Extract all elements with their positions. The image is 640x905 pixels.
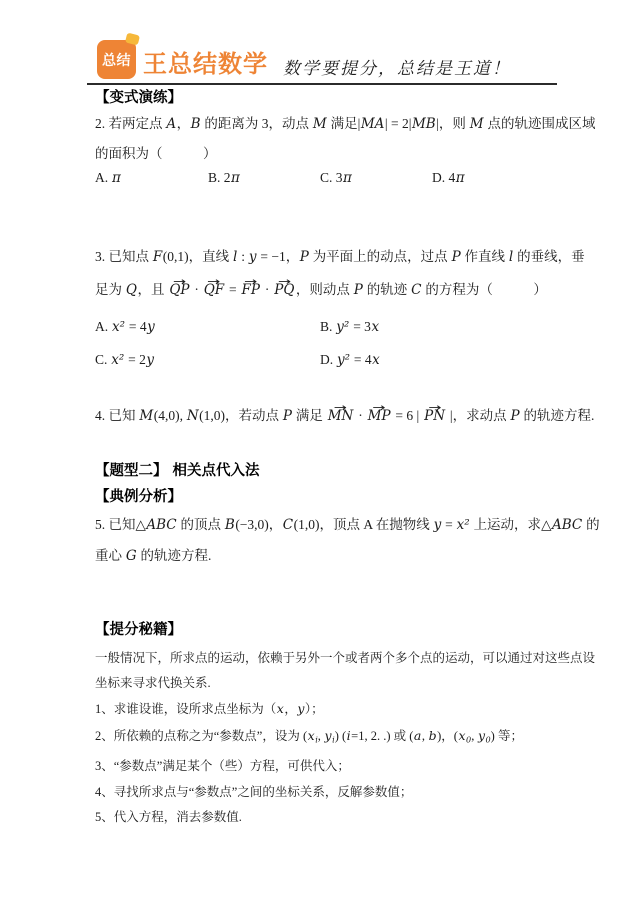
q2-option-a: A. π (95, 168, 121, 188)
section-title-score-tips: 【提分秘籍】 (95, 620, 182, 640)
brand-slogan: 数学要提分，总结是王道！ (283, 54, 511, 79)
tips-paragraph-line-2: 坐标来寻求代换关系. (95, 673, 211, 693)
q2-option-b: B. 2π (208, 168, 240, 188)
question-4-line-1: 4. 已知 M(4,0), N(1,0)，若动点 P 满足 MN · MP = … (95, 406, 594, 426)
brand-name: 王总结数学 (143, 44, 268, 79)
q3-option-d: D. y² = 4x (320, 350, 380, 370)
question-2-line-2: 的面积为（ ） (95, 144, 217, 164)
q3-option-a: A. x² = 4y (95, 317, 155, 337)
tips-item-3: 3、“参数点”满足某个（些）方程，可供代入； (95, 756, 350, 776)
worksheet-page: 总结 王总结数学 数学要提分，总结是王道！ 【变式演练】 2. 若两定点 A，B… (0, 0, 640, 905)
tips-item-1: 1、求谁设谁，设所求点坐标为（x，y）； (95, 699, 324, 719)
question-2-options: A. π B. 2π C. 3π D. 4π (95, 168, 555, 188)
q2-option-d: D. 4π (432, 168, 465, 188)
question-5-line-2: 重心 G 的轨迹方程. (95, 546, 211, 566)
q2-option-c: C. 3π (320, 168, 352, 188)
logo-tab-icon (125, 33, 140, 46)
tips-paragraph-line-1: 一般情况下，所求点的运动，依赖于另外一个或者两个多个点的运动，可以通过对这些点设 (95, 648, 595, 668)
question-3-line-1: 3. 已知点 F(0,1)，直线 l : y = −1，P 为平面上的动点，过点… (95, 247, 585, 267)
tips-item-2: 2、所依赖的点称之为“参数点”，设为 (xi, yi) (i=1, 2. .) … (95, 726, 523, 749)
tips-item-4: 4、寻找所求点与“参数点”之间的坐标关系，反解参数值； (95, 782, 412, 802)
question-5-line-1: 5. 已知△ABC 的顶点 B(−3,0)，C(1,0)，顶点 A 在抛物线 y… (95, 515, 600, 535)
section-title-example-analysis: 【典例分析】 (95, 487, 182, 507)
logo-text: 总结 (102, 50, 131, 70)
header-divider (87, 83, 557, 85)
q3-option-c: C. x² = 2y (95, 350, 155, 370)
brand-logo: 总结 (97, 40, 136, 79)
question-2-line-1: 2. 若两定点 A，B 的距离为 3，动点 M 满足|MA| = 2|MB|，则… (95, 114, 595, 134)
tips-item-5: 5、代入方程，消去参数值. (95, 807, 242, 827)
question-3-options-row-1: A. x² = 4y B. y² = 3x (95, 317, 555, 337)
section-title-topic-2: 【题型二】 相关点代入法 (95, 461, 260, 481)
section-title-variant-practice: 【变式演练】 (95, 88, 182, 108)
q3-option-b: B. y² = 3x (320, 317, 380, 337)
question-3-options-row-2: C. x² = 2y D. y² = 4x (95, 350, 555, 370)
question-3-line-2: 足为 Q，且 QP · QF = FP · PQ，则动点 P 的轨迹 C 的方程… (95, 280, 547, 300)
